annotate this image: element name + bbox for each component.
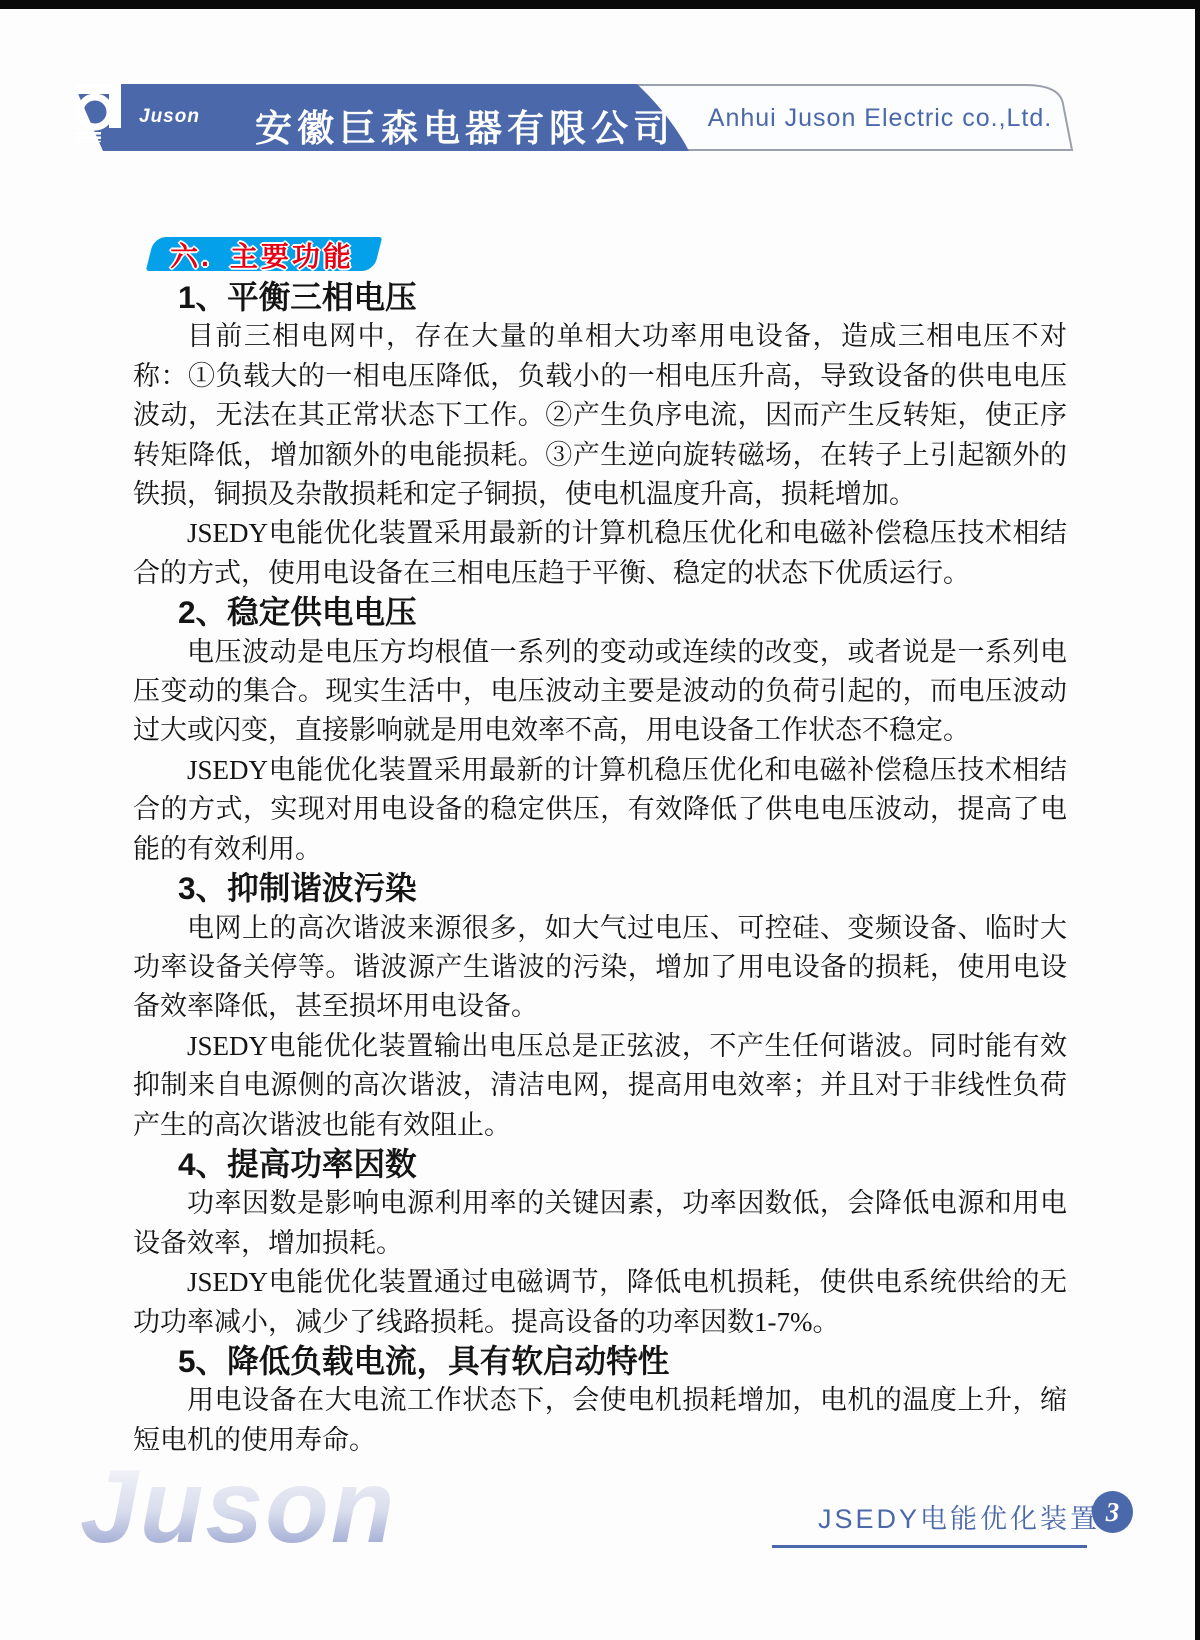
content-section: 4、提高功率因数 功率因数是影响电源利用率的关键因素，功率因数低，会降低电源和用… (133, 1145, 1067, 1342)
company-name-cn: 安徽巨森电器有限公司 (255, 98, 635, 152)
section-heading: 1、平衡三相电压 (133, 278, 1067, 317)
body-paragraph: JSEDY电能优化装置采用最新的计算机稳压优化和电磁补偿稳压技术相结合的方式，使… (133, 514, 1067, 593)
page-number-badge: 3 (1092, 1491, 1133, 1533)
document-page: Juson 安徽巨森电器有限公司 Anhui Juson Electric co… (0, 0, 1200, 1640)
body-paragraph: JSEDY电能优化装置通过电磁调节，降低电机损耗，使供电系统供给的无功功率减小，… (133, 1263, 1067, 1342)
content-section: 1、平衡三相电压 目前三相电网中，存在大量的单相大功率用电设备，造成三相电压不对… (133, 278, 1067, 593)
body-paragraph: 目前三相电网中，存在大量的单相大功率用电设备，造成三相电压不对称：①负载大的一相… (133, 317, 1067, 514)
footer-watermark: Juson (80, 1455, 396, 1559)
logo-wordmark: Juson (139, 106, 200, 128)
section-paragraphs: 电网上的高次谐波来源很多，如大气过电压、可控硅、变频设备、临时大功率设备关停等。… (133, 909, 1067, 1145)
content-section: 3、抑制谐波污染 电网上的高次谐波来源很多，如大气过电压、可控硅、变频设备、临时… (133, 869, 1067, 1145)
section-label: 主要功能 (230, 235, 354, 275)
section-paragraphs: 目前三相电网中，存在大量的单相大功率用电设备，造成三相电压不对称：①负载大的一相… (133, 317, 1067, 593)
section-title: 六. 主要功能 (137, 238, 387, 272)
section-heading: 2、稳定供电电压 (133, 593, 1067, 632)
section-heading: 5、降低负载电流，具有软启动特性 (133, 1342, 1067, 1381)
section-paragraphs: 功率因数是影响电源利用率的关键因素，功率因数低，会降低电源和用电设备效率，增加损… (133, 1184, 1067, 1342)
header-banner: Juson 安徽巨森电器有限公司 Anhui Juson Electric co… (75, 84, 1075, 152)
section-heading: 3、抑制谐波污染 (133, 869, 1067, 908)
body-paragraph: 电网上的高次谐波来源很多，如大气过电压、可控硅、变频设备、临时大功率设备关停等。… (133, 909, 1067, 1027)
section-paragraphs: 电压波动是电压方均根值一系列的变动或连续的改变，或者说是一系列电压变动的集合。现… (133, 633, 1067, 869)
body-paragraph: 电压波动是电压方均根值一系列的变动或连续的改变，或者说是一系列电压变动的集合。现… (133, 633, 1067, 751)
body-paragraph: 功率因数是影响电源利用率的关键因素，功率因数低，会降低电源和用电设备效率，增加损… (133, 1184, 1067, 1263)
scan-edge-top (0, 0, 1200, 9)
content-section: 2、稳定供电电压 电压波动是电压方均根值一系列的变动或连续的改变，或者说是一系列… (133, 593, 1067, 869)
footer-product-name: JSEDY电能优化装置 (818, 1497, 1100, 1536)
body-content: 1、平衡三相电压 目前三相电网中，存在大量的单相大功率用电设备，造成三相电压不对… (133, 278, 1067, 1460)
body-paragraph: JSEDY电能优化装置输出电压总是正弦波，不产生任何谐波。同时能有效抑制来自电源… (133, 1027, 1067, 1145)
section-number: 六. (170, 235, 212, 275)
juson-logo-icon (75, 84, 127, 142)
section-heading: 4、提高功率因数 (133, 1145, 1067, 1184)
company-name-en: Anhui Juson Electric co.,Ltd. (705, 104, 1055, 133)
body-paragraph: JSEDY电能优化装置采用最新的计算机稳压优化和电磁补偿稳压技术相结合的方式，实… (133, 751, 1067, 869)
scan-edge-right (1195, 0, 1200, 1640)
content-section: 5、降低负载电流，具有软启动特性 用电设备在大电流工作状态下，会使电机损耗增加，… (133, 1342, 1067, 1460)
footer-rule (772, 1545, 1087, 1548)
